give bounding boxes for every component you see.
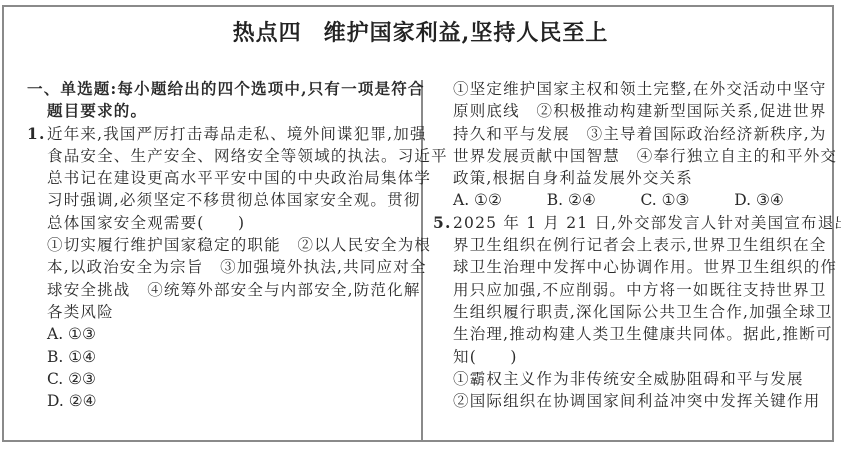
option-c[interactable]: C. ①③ (641, 189, 735, 211)
title-theme: 维护国家利益,坚持人民至上 (324, 20, 609, 46)
question-1-line: 食品安全、生产安全、网络安全等领域的执法。习近平 (27, 145, 412, 167)
option-a[interactable]: A. ①② (453, 189, 547, 211)
question-5-line: 界卫生组织在例行记者会上表示,世界卫生组织在全 (453, 234, 828, 256)
question-5-line: 球卫生治理中发挥中心协调作用。世界卫生组织的作 (453, 256, 828, 278)
question-1-statement: ①切实履行维护国家稳定的职能 ②以人民安全为根 (27, 234, 412, 256)
question-5-line: 生组织履行职责,深化国际公共卫生合作,加强全球卫 (453, 301, 828, 323)
left-column: 一、单选题:每小题给出的四个选项中,只有一项是符合 题目要求的。 1.近年来,我… (27, 78, 412, 412)
option-d[interactable]: D. ②④ (27, 390, 412, 412)
question-5-statement: ②国际组织在协调国家间利益冲突中发挥关键作用 (453, 390, 828, 412)
question-4-statement: 政策,根据自身利益发展外交关系 (453, 167, 828, 189)
option-a[interactable]: A. ①③ (27, 323, 412, 345)
question-1-statement: 各类风险 (27, 301, 412, 323)
question-5-line: 生治理,推动构建人类卫生健康共同体。据此,推断可 (453, 323, 828, 345)
question-4-options: A. ①② B. ②④ C. ①③ D. ③④ (453, 189, 828, 211)
question-5-line: 知( ) (453, 346, 828, 368)
question-5-line: 5.2025 年 1 月 21 日,外交部发言人针对美国宣布退出世 (433, 212, 828, 234)
title-topic: 热点四 (233, 20, 302, 46)
question-4-statement: ①坚定维护国家主权和领土完整,在外交活动中坚守 (453, 78, 828, 100)
option-b[interactable]: B. ①④ (27, 346, 412, 368)
question-1-line: 总体国家安全观需要( ) (27, 212, 412, 234)
section-heading: 一、单选题:每小题给出的四个选项中,只有一项是符合 (27, 78, 412, 100)
question-5-line: 用只应加强,不应削弱。中方将一如既往支持世界卫 (453, 279, 828, 301)
question-4-statement: 持久和平与发展 ③主导着国际政治经济新秩序,为 (453, 123, 828, 145)
question-4-statement: 世界发展贡献中国智慧 ④奉行独立自主的和平外交 (453, 145, 828, 167)
page-title: 热点四维护国家利益,坚持人民至上 (0, 16, 841, 47)
question-1-statement: 本,以政治安全为宗旨 ③加强境外执法,共同应对全 (27, 256, 412, 278)
section-heading-cont: 题目要求的。 (27, 100, 412, 122)
right-column: ①坚定维护国家主权和领土完整,在外交活动中坚守 原则底线 ②积极推动构建新型国际… (453, 78, 828, 412)
option-b[interactable]: B. ②④ (547, 189, 641, 211)
question-1-line: 1.近年来,我国严厉打击毒品走私、境外间谍犯罪,加强 (27, 123, 412, 145)
question-1-line: 总书记在建设更高水平平安中国的中央政治局集体学 (27, 167, 412, 189)
option-c[interactable]: C. ②③ (27, 368, 412, 390)
question-4-statement: 原则底线 ②积极推动构建新型国际关系,促进世界 (453, 100, 828, 122)
question-number: 5. (433, 212, 453, 234)
option-d[interactable]: D. ③④ (734, 189, 828, 211)
question-5-statement: ①霸权主义作为非传统安全威胁阻碍和平与发展 (453, 368, 828, 390)
question-1-line: 习时强调,必须坚定不移贯彻总体国家安全观。贯彻 (27, 189, 412, 211)
question-1-statement: 球安全挑战 ④统筹外部安全与内部安全,防范化解 (27, 279, 412, 301)
question-number: 1. (27, 123, 47, 145)
